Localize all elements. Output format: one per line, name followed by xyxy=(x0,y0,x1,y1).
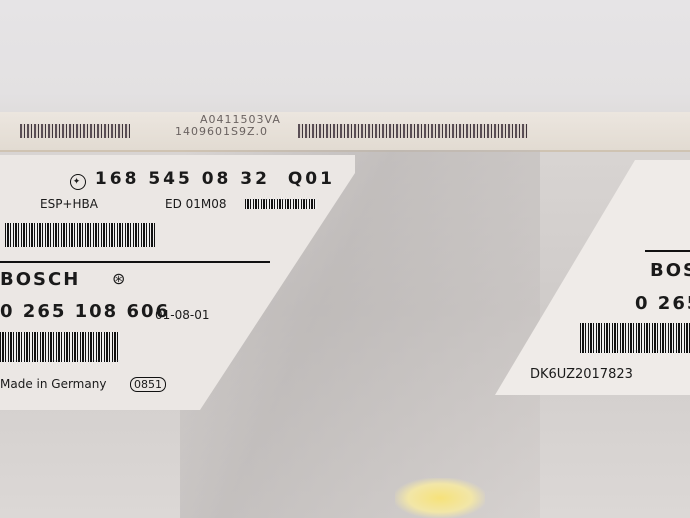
barcode-1 xyxy=(5,223,155,247)
top-code-line2: 1409601S9Z.0 xyxy=(175,126,268,138)
top-barcode-left xyxy=(20,124,130,138)
bosch-number-right: 0 265 xyxy=(635,293,690,314)
brand-name-right: BOSCH xyxy=(650,260,690,281)
bosch-number: 0 265 108 606 xyxy=(0,301,170,322)
top-sticker-strip: A0411503VA 1409601S9Z.0 xyxy=(0,112,690,152)
barcode-2 xyxy=(0,332,120,362)
system-type: ESP+HBA xyxy=(40,197,98,211)
divider-line xyxy=(0,261,270,263)
mercedes-logo-icon: ✦ xyxy=(70,174,86,190)
divider-line-right xyxy=(645,250,690,252)
production-date: 01-08-01 xyxy=(155,308,209,322)
origin-text: Made in Germany xyxy=(0,377,106,391)
yellow-connector xyxy=(395,478,485,518)
part-number: 168 545 08 32 xyxy=(95,169,270,189)
plant-code: 0851 xyxy=(130,377,166,392)
top-barcode-right xyxy=(298,124,528,138)
barcode-small xyxy=(245,199,317,209)
serial-number: DK6UZ2017823 xyxy=(530,367,633,382)
part-number-row: ✦ 168 545 08 32 Q01 xyxy=(70,169,335,190)
part-suffix: Q01 xyxy=(288,169,335,189)
barcode-right xyxy=(580,323,690,353)
brand-name: BOSCH xyxy=(0,269,80,290)
bosch-armature-icon: ⊛ xyxy=(112,269,125,288)
ed-code: ED 01M08 xyxy=(165,197,227,211)
